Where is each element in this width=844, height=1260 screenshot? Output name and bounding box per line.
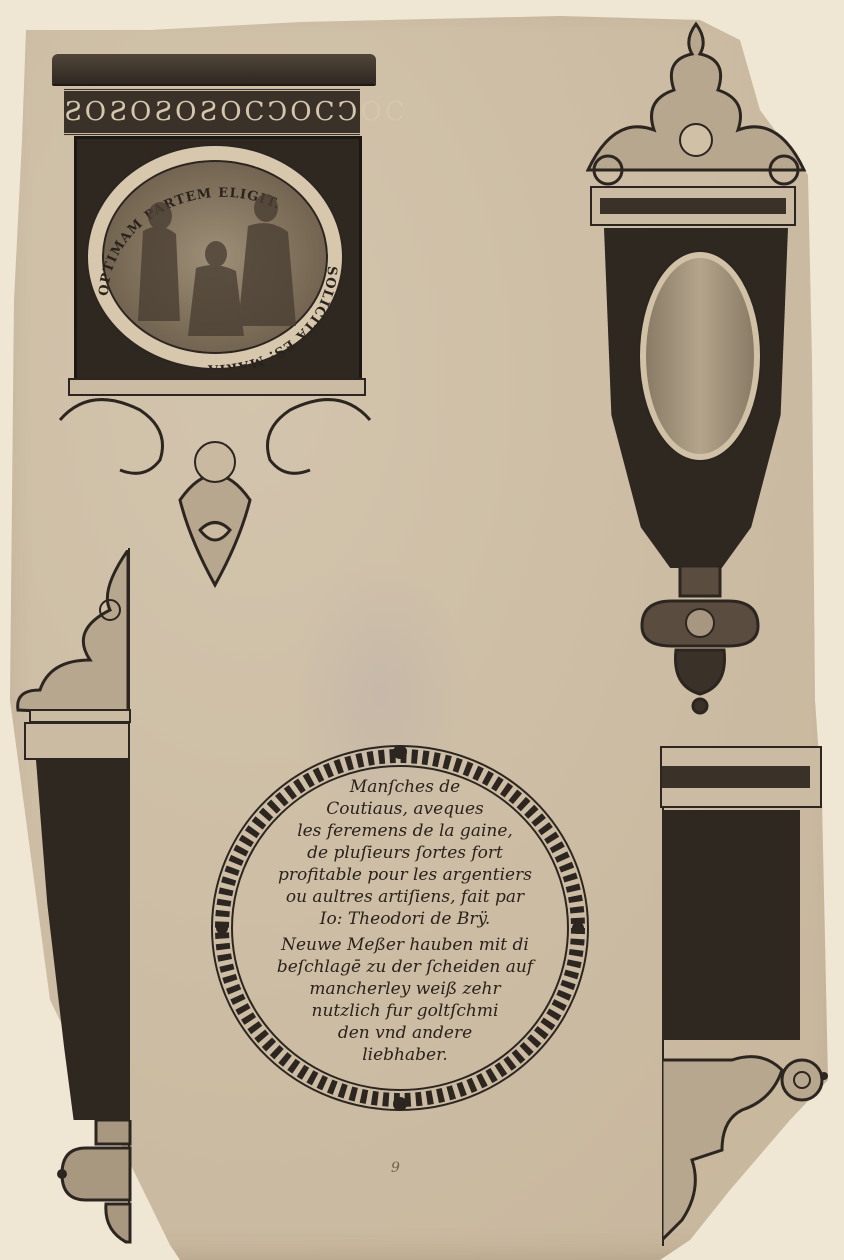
french-title-line: Coutiaus, aveques — [230, 798, 580, 820]
german-title-line: nutzlich fur goltſchmi — [230, 1000, 580, 1022]
german-title-line: liebhaber. — [230, 1044, 580, 1066]
rosette-icon — [782, 1060, 822, 1100]
sheath-cap-left — [24, 722, 130, 760]
cornice-ornament — [52, 54, 376, 84]
french-title-line: profitable pour les argentiers — [230, 864, 580, 886]
rosette-bracket-half — [662, 1040, 832, 1250]
french-title-line: de pluſieurs ſortes fort — [230, 842, 580, 864]
frieze-pattern: ƧOƧOƧOƧOCϽOCϽOC — [64, 91, 360, 133]
german-title-line: den vnd andere — [230, 1022, 580, 1044]
folio-number: 9 — [391, 1160, 400, 1176]
lion-face-icon — [686, 609, 714, 637]
french-title-line: Io: Theodori de Brÿ. — [230, 908, 580, 930]
warrior-figure-panel — [662, 810, 800, 1040]
bead-band — [600, 198, 786, 214]
german-title-line: Neuwe Meßer hauben mit di — [230, 934, 580, 956]
guilloche-band — [662, 766, 810, 788]
lion-mask-chape — [632, 566, 768, 716]
cherub-head-icon — [195, 442, 235, 482]
french-title-line: ou aultres artiſiens, fait par — [230, 886, 580, 908]
standing-figure-cartouche — [640, 252, 760, 460]
german-title-line: beſchlagē zu der ſcheiden auf — [230, 956, 580, 978]
french-title-line: Manſches de — [230, 776, 580, 798]
chape-half — [56, 1120, 132, 1250]
scroll-crest-half — [10, 550, 132, 725]
german-title-line: mancherley weiß zehr — [230, 978, 580, 1000]
medallion-inscription: OPTIMAM PARTEM ELIGIT. SOLICITA ES: MARI… — [88, 146, 342, 368]
dolphin-mascaron-crest — [578, 20, 814, 190]
title-cartouche: Manſches de Coutiaus, aveques les fereme… — [230, 776, 580, 1066]
french-title-line: les feremens de la gaine, — [230, 820, 580, 842]
scroll-frieze: ƧOƧOƧOƧOCϽOCϽOC — [64, 88, 360, 136]
figure-group-icon — [138, 194, 296, 336]
mask-face-icon — [680, 124, 712, 156]
